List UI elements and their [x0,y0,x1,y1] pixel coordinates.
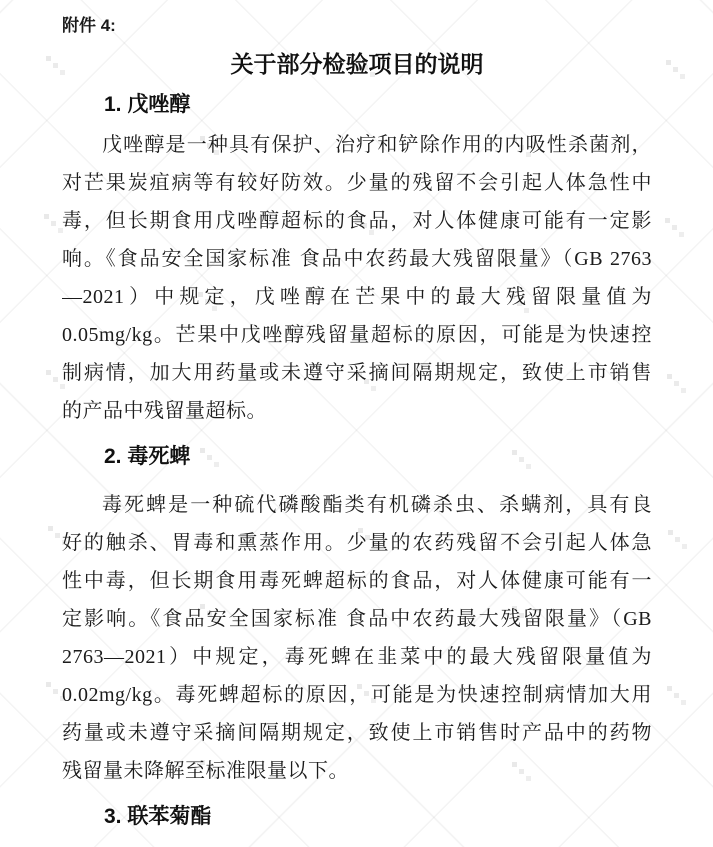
paragraph-line: 响。《食品安全国家标准 食品中农药最大残留限量》（GB 2763 [62,240,652,278]
section-heading-bifenthrin: 3. 联苯菊酯 [62,804,652,830]
paragraph-line: 对芒果炭疽病等有较好防效。少量的残留不会引起人体急性中 [62,164,652,202]
paragraph-line: 0.05mg/kg。芒果中戊唑醇残留量超标的原因，可能是为快速控 [62,316,652,354]
paragraph-line: 制病情，加大用药量或未遵守采摘间隔期规定，致使上市销售 [62,354,652,392]
page-title: 关于部分检验项目的说明 [62,50,652,78]
paragraph-line: 性中毒，但长期食用毒死蜱超标的食品，对人体健康可能有一 [62,562,652,600]
attachment-label: 附件 4: [62,14,652,38]
section-paragraph-tebuconazole: 戊唑醇是一种具有保护、治疗和铲除作用的内吸性杀菌剂， 对芒果炭疽病等有较好防效。… [62,126,652,430]
paragraph-line: 药量或未遵守采摘间隔期规定，致使上市销售时产品中的药物 [62,714,652,752]
paragraph-line: 定影响。《食品安全国家标准 食品中农药最大残留限量》（GB [62,600,652,638]
section-heading-chlorpyrifos: 2. 毒死蜱 [62,444,652,470]
paragraph-line: 戊唑醇是一种具有保护、治疗和铲除作用的内吸性杀菌剂， [62,126,652,164]
section-heading-tebuconazole: 1. 戊唑醇 [62,92,652,118]
paragraph-line: 残留量未降解至标准限量以下。 [62,752,652,790]
paragraph-line: 毒死蜱是一种硫代磷酸酯类有机磷杀虫、杀螨剂，具有良 [62,486,652,524]
paragraph-line: 好的触杀、胃毒和熏蒸作用。少量的农药残留不会引起人体急 [62,524,652,562]
paragraph-line: 2763—2021）中规定，毒死蜱在韭菜中的最大残留限量值为 [62,638,652,676]
paragraph-line: 的产品中残留量超标。 [62,392,652,430]
document-page: 附件 4: 关于部分检验项目的说明 1. 戊唑醇 戊唑醇是一种具有保护、治疗和铲… [0,0,713,847]
document-body: 附件 4: 关于部分检验项目的说明 1. 戊唑醇 戊唑醇是一种具有保护、治疗和铲… [0,0,713,830]
paragraph-line: 0.02mg/kg。毒死蜱超标的原因，可能是为快速控制病情加大用 [62,676,652,714]
section-paragraph-chlorpyrifos: 毒死蜱是一种硫代磷酸酯类有机磷杀虫、杀螨剂，具有良 好的触杀、胃毒和熏蒸作用。少… [62,486,652,790]
paragraph-line: 毒，但长期食用戊唑醇超标的食品，对人体健康可能有一定影 [62,202,652,240]
paragraph-line: —2021）中规定，戊唑醇在芒果中的最大残留限量值为 [62,278,652,316]
